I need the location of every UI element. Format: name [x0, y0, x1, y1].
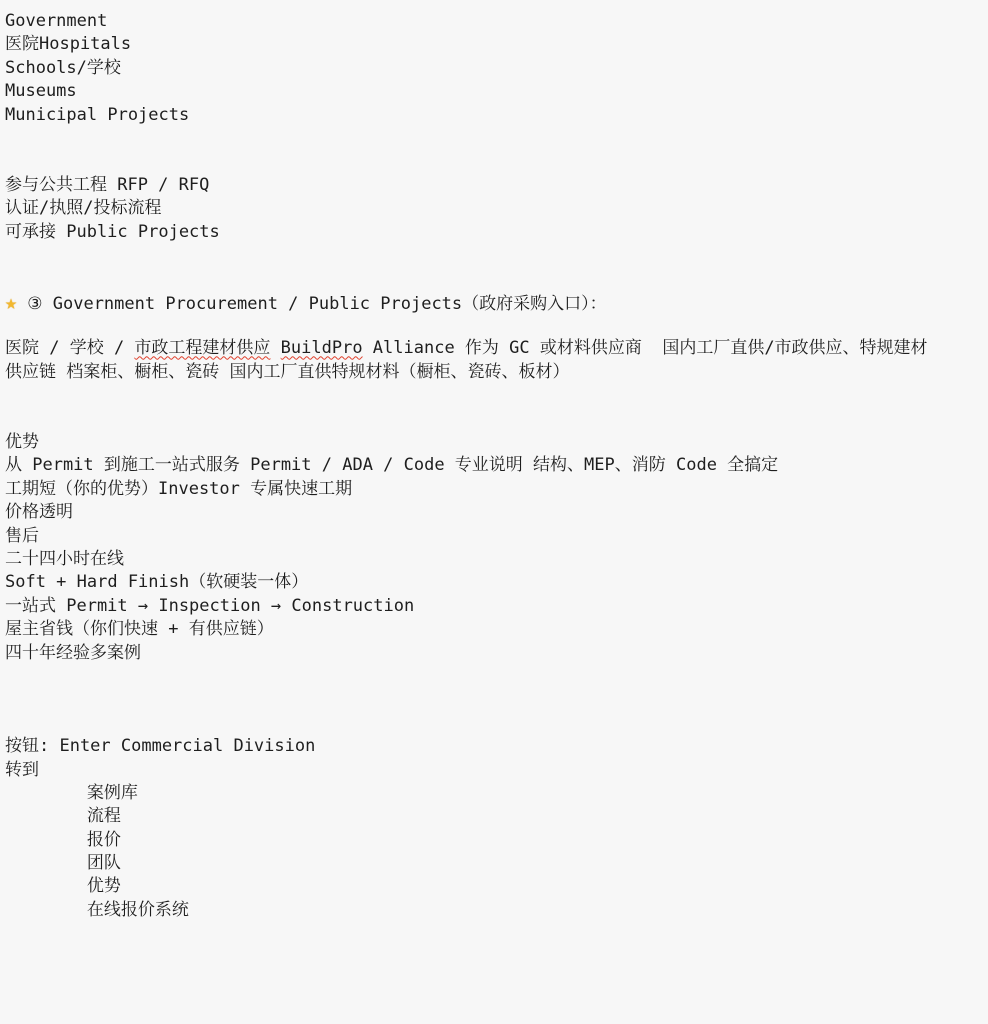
text-segment: 工期短（你的优势）Investor 专属快速工期	[5, 479, 352, 499]
text-segment: Soft + Hard Finish（软硬装一体）	[5, 572, 308, 592]
text-line: Schools/学校	[5, 57, 988, 80]
text-segment: 供应链 档案柜、橱柜、瓷砖 国内工厂直供特规材料（橱柜、瓷砖、板材）	[5, 362, 569, 382]
text-line	[5, 267, 988, 290]
text-segment: 四十年经验多案例	[5, 643, 141, 663]
text-line: 转到	[5, 759, 988, 782]
star-icon: ★	[5, 290, 17, 314]
text-line	[5, 665, 988, 688]
text-line	[5, 688, 988, 711]
text-segment: 转到	[5, 760, 39, 780]
text-segment: 一站式 Permit → Inspection → Construction	[5, 596, 414, 616]
text-line: 流程	[5, 805, 988, 828]
text-segment: Schools/学校	[5, 58, 121, 78]
text-line: 从 Permit 到施工一站式服务 Permit / ADA / Code 专业…	[5, 454, 988, 477]
text-line: 团队	[5, 852, 988, 875]
misspelled-text-segment: 市政工程建材供应	[134, 338, 270, 358]
text-segment: 报价	[5, 830, 121, 850]
text-segment: 可承接 Public Projects	[5, 222, 220, 242]
text-line: 按钮: Enter Commercial Division	[5, 735, 988, 758]
text-line: 参与公共工程 RFP / RFQ	[5, 174, 988, 197]
text-line: 在线报价系统	[5, 899, 988, 922]
misspelled-text-segment: BuildPro	[281, 338, 363, 358]
text-segment: 认证/执照/投标流程	[5, 198, 161, 218]
text-line: 售后	[5, 525, 988, 548]
text-segment: 屋主省钱（你们快速 + 有供应链）	[5, 619, 274, 639]
text-line: 价格透明	[5, 501, 988, 524]
text-segment: 二十四小时在线	[5, 549, 124, 569]
text-line: Government	[5, 10, 988, 33]
text-line	[5, 127, 988, 150]
text-line: 供应链 档案柜、橱柜、瓷砖 国内工厂直供特规材料（橱柜、瓷砖、板材）	[5, 361, 988, 384]
text-segment: 参与公共工程 RFP / RFQ	[5, 175, 209, 195]
text-segment: 在线报价系统	[5, 900, 189, 920]
text-segment: Government	[5, 11, 107, 31]
text-segment: 售后	[5, 526, 39, 546]
text-line: 优势	[5, 875, 988, 898]
text-line: ★ ③ Government Procurement / Public Proj…	[5, 291, 988, 314]
text-line	[5, 150, 988, 173]
text-line: Municipal Projects	[5, 104, 988, 127]
text-segment: 医院Hospitals	[5, 34, 131, 54]
text-segment: 流程	[5, 806, 121, 826]
text-line	[5, 384, 988, 407]
text-line: 屋主省钱（你们快速 + 有供应链）	[5, 618, 988, 641]
text-line	[5, 712, 988, 735]
text-segment: 优势	[5, 876, 121, 896]
text-segment: 医院 / 学校 /	[5, 338, 134, 358]
text-line: 一站式 Permit → Inspection → Construction	[5, 595, 988, 618]
text-line: 四十年经验多案例	[5, 642, 988, 665]
text-segment: 从 Permit 到施工一站式服务 Permit / ADA / Code 专业…	[5, 455, 778, 475]
text-line	[5, 314, 988, 337]
text-segment: 按钮: Enter Commercial Division	[5, 736, 315, 756]
text-line: Museums	[5, 80, 988, 103]
text-line: 案例库	[5, 782, 988, 805]
text-line: 医院 / 学校 / 市政工程建材供应 BuildPro Alliance 作为 …	[5, 337, 988, 360]
text-line: 工期短（你的优势）Investor 专属快速工期	[5, 478, 988, 501]
text-segment: 案例库	[5, 783, 138, 803]
text-segment: 优势	[5, 432, 39, 452]
text-line: 报价	[5, 829, 988, 852]
text-segment: 价格透明	[5, 502, 73, 522]
text-line: 二十四小时在线	[5, 548, 988, 571]
text-segment: 团队	[5, 853, 121, 873]
text-line	[5, 244, 988, 267]
text-line	[5, 408, 988, 431]
document-body[interactable]: Government医院HospitalsSchools/学校MuseumsMu…	[0, 0, 988, 922]
text-segment: ③ Government Procurement / Public Projec…	[17, 294, 607, 314]
text-segment: Museums	[5, 81, 77, 101]
text-segment	[270, 338, 280, 358]
text-line: 认证/执照/投标流程	[5, 197, 988, 220]
text-line: 可承接 Public Projects	[5, 221, 988, 244]
text-line: 优势	[5, 431, 988, 454]
text-line: 医院Hospitals	[5, 33, 988, 56]
text-line: Soft + Hard Finish（软硬装一体）	[5, 571, 988, 594]
text-segment: Alliance 作为 GC 或材料供应商 国内工厂直供/市政供应、特规建材	[363, 338, 928, 358]
text-segment: Municipal Projects	[5, 105, 189, 125]
